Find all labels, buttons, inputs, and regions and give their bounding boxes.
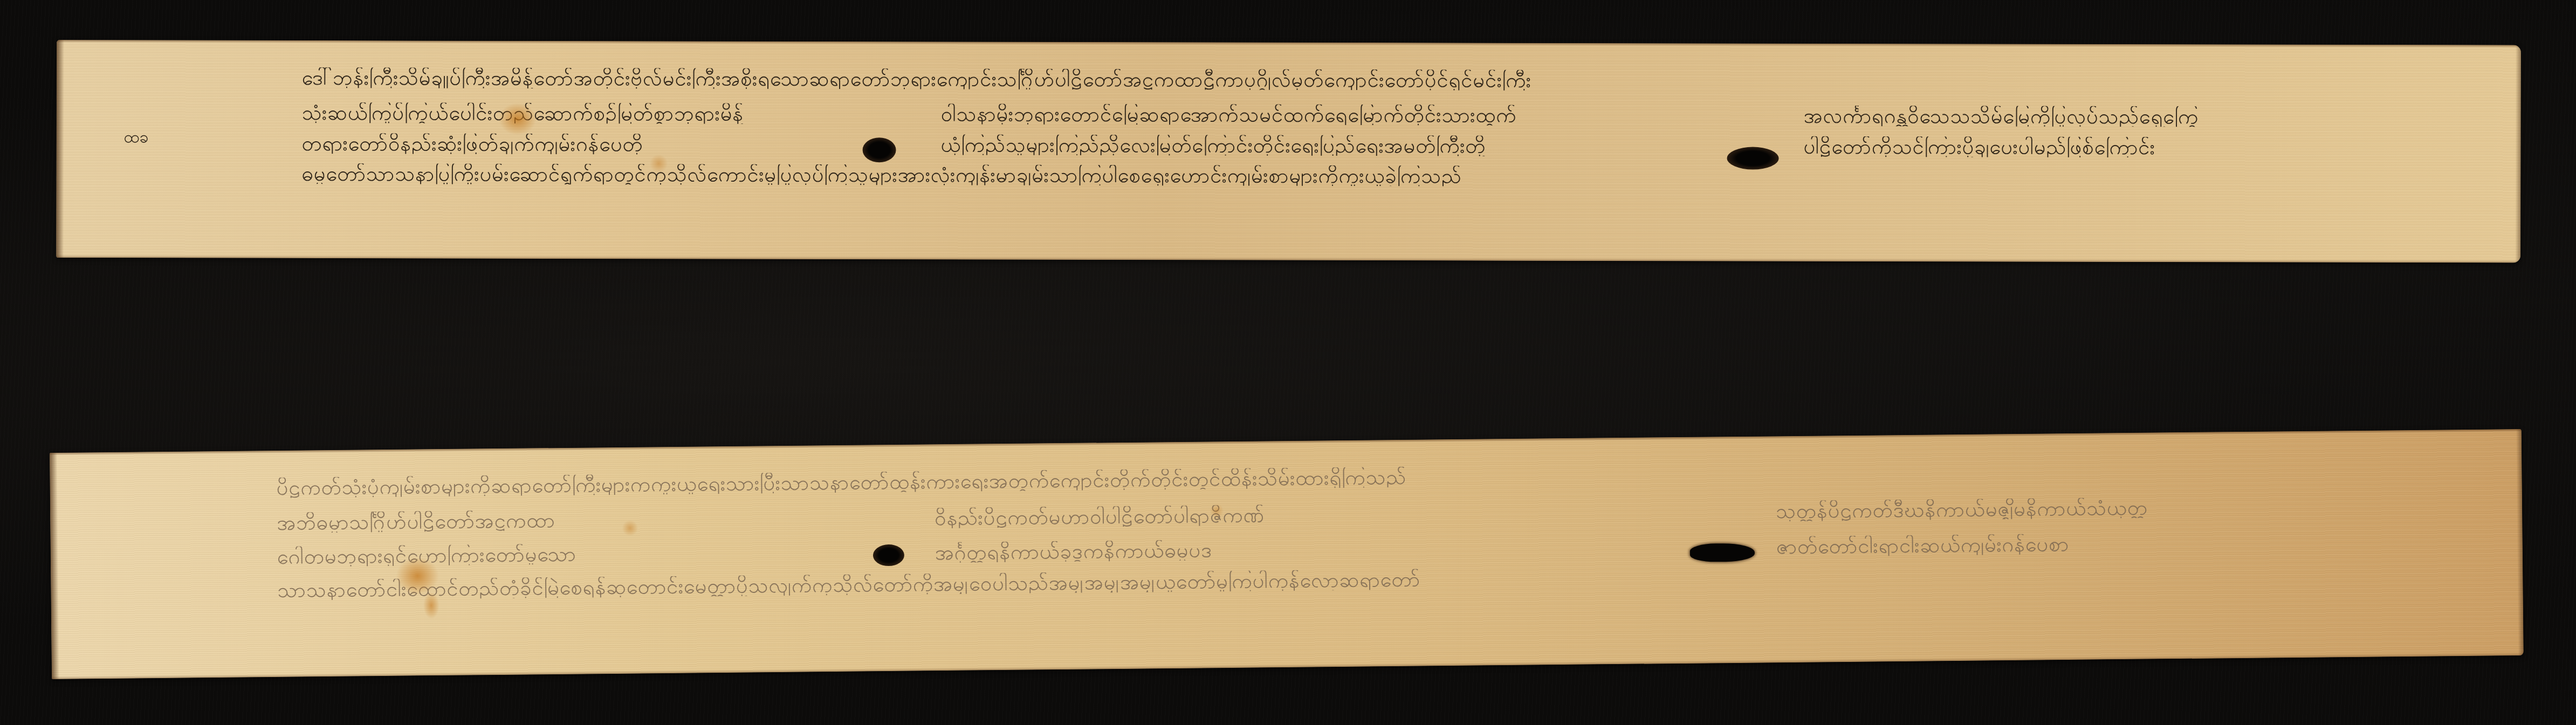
leaf-edge [50,453,59,679]
script-line-2-right: သုတ္တန်ပိဋကတ်ဒီဃနိကာယ်မဇ္ဈိမနိကာယ်သံယုတ္… [1776,495,2347,521]
folio-number: ထခ [124,126,149,150]
script-line-2-middle: ဝိနည်းပိဋကတ်မဟာဝါပါဠိတော်ပါရာဇိကဏ် [935,501,1679,528]
string-hole-left [873,544,904,567]
stain [423,592,439,619]
script-line-2-right: အလင်္ကာရဂန္ထဝိသေသသိမ်မြေကိုပြုလုပ်သည့်ရှ… [1804,106,2386,127]
string-hole-right [1727,147,1779,169]
script-line-1: ဒေါ်ဘုန်းကြီးသိမ်ချုပ်ကြီးအမိန့်တော်အတို… [302,67,2394,92]
script-line-2-middle: ဝါသနာမိုးဘုရားတောင်မြေဆရာအောက်သမင်ထက်ရေမ… [941,103,1626,126]
script-line-2-left: သုံးဆယ်ကြုပ်ကြွယ်ပေါင်းတည်ဆောက်စဉ်မြတ်စွ… [302,102,803,124]
stain [499,103,537,135]
script-line-2-left: အဘိဓမ္မာသင်္ဂြိုဟ်ပါဠိတော်အဋ္ဌကထာ [277,507,837,533]
script-line-3-left: တရားတော်ဝိနည်းဆုံးဖြတ်ချက်ကျမ်းဂန်ပေတို [302,133,798,155]
leaf-edge [56,40,64,258]
script-line-4: ဓမ္မတော်သာသနာပြုကြိုးပမ်းဆောင်ရွက်ရာတွင်… [301,163,2383,188]
script-line-3-middle: အင်္ဂုတ္တရနိကာယ်ခုဒ္ဒကနိကာယ်ဓမ္မပဒ [935,535,1679,563]
stain [1210,503,1224,517]
stain [396,557,439,595]
stain [649,154,668,172]
script-line-3-right: ပါဠိတော်ကိုသင်ကြားပို့ချပေးပါမည်ဖြစ်ကြော… [1804,136,2343,158]
script-line-3-middle: ယုံကြည်သူများကြည်ညိုလေးမြတ်ကြောင်းတိုင်း… [941,134,1626,156]
upper-palm-leaf-folio: ထခ ဒေါ်ဘုန်းကြီးသိမ်ချုပ်ကြီးအမိန့်တော်အ… [56,40,2521,263]
string-hole-right [1690,543,1755,562]
stain [622,520,638,536]
script-line-1: ပိဋကတ်သုံးပုံကျမ်းစာများကိုဆရာတော်ကြီးမျ… [276,458,2336,498]
script-line-3-right: ဇာတ်တော်ငါးရာငါးဆယ်ကျမ်းဂန်ပေစာ [1776,531,2348,557]
string-hole-left [863,137,896,162]
script-line-3-left: ဂေါတမဘုရားရှင်ဟောကြားတော်မူသော [277,541,838,567]
lower-palm-leaf-folio: ပိဋကတ်သုံးပုံကျမ်းစာများကိုဆရာတော်ကြီးမျ… [50,429,2524,679]
leaf-edge [2515,45,2521,263]
script-line-4: သာသနာတော်ငါးထောင်တည်တံ့ခိုင်မြဲစေရန်ဆုတေ… [277,560,2359,600]
